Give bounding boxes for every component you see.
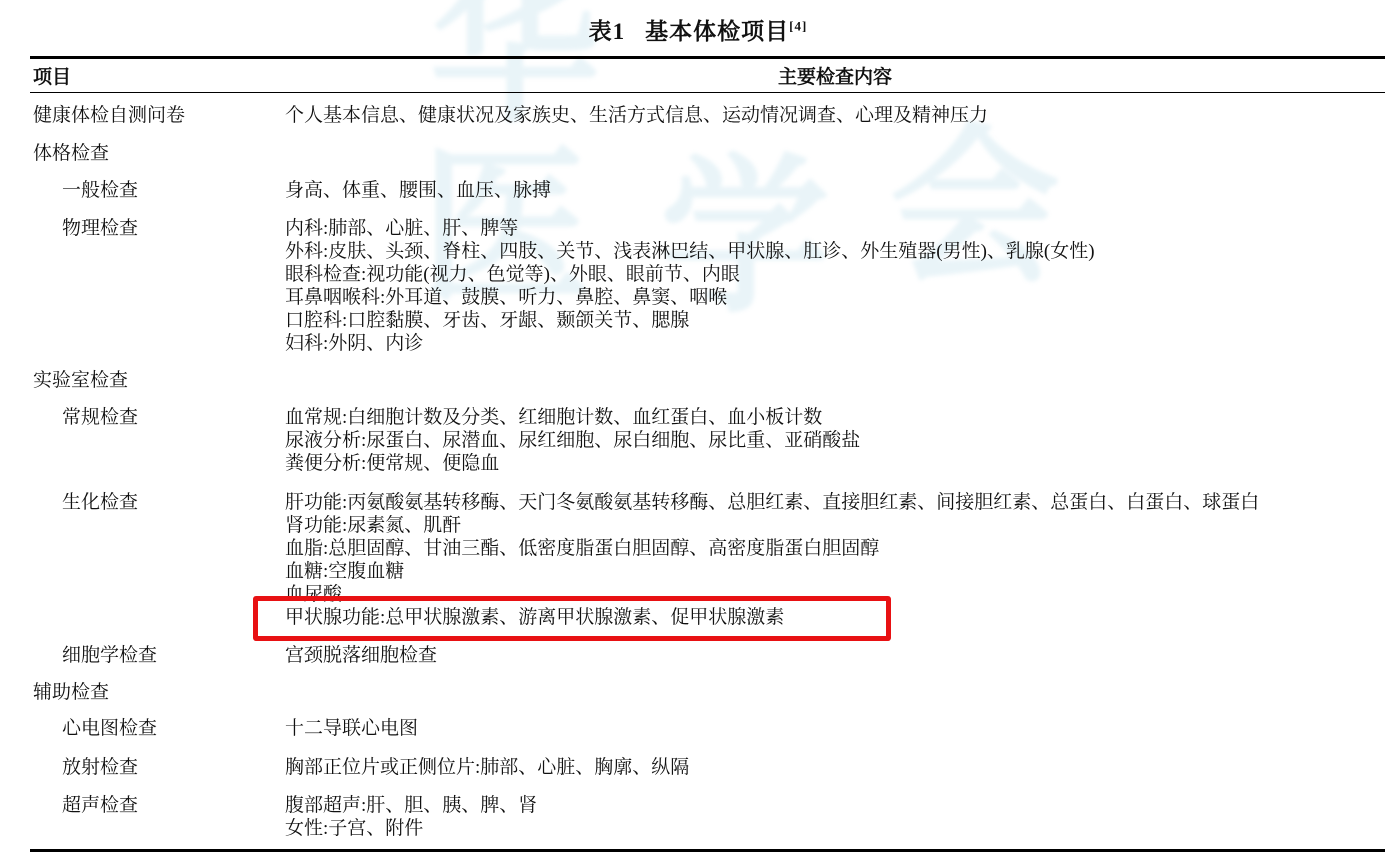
content-line: 十二导联心电图 <box>285 717 1385 740</box>
exam-table: 项目 主要检查内容 健康体检自测问卷 个人基本信息、健康状况及家族史、生活方式信… <box>30 56 1385 852</box>
content-line: 血脂:总胆固醇、甘油三酯、低密度脂蛋白胆固醇、高密度脂蛋白胆固醇 <box>285 537 1385 560</box>
table-title: 表1基本体检项目[4] <box>0 13 1396 46</box>
table-row: 放射检查 胸部正位片或正侧位片:肺部、心脏、胸廓、纵隔 <box>30 756 1385 779</box>
row-label: 生化检查 <box>30 491 285 514</box>
column-header-content: 主要检查内容 <box>285 62 1385 89</box>
content-line: 耳鼻咽喉科:外耳道、鼓膜、听力、鼻腔、鼻窦、咽喉 <box>285 286 1385 309</box>
table-number: 表1 <box>589 19 626 44</box>
table-row: 体格检查 <box>30 142 1385 165</box>
content-line: 血尿酸 <box>285 583 1385 606</box>
table-row: 健康体检自测问卷 个人基本信息、健康状况及家族史、生活方式信息、运动情况调查、心… <box>30 104 1385 127</box>
reference-superscript: [4] <box>789 18 807 33</box>
row-label: 实验室检查 <box>30 369 285 392</box>
row-content: 胸部正位片或正侧位片:肺部、心脏、胸廓、纵隔 <box>285 756 1385 779</box>
content-line: 眼科检查:视功能(视力、色觉等)、外眼、眼前节、内眼 <box>285 263 1385 286</box>
content-line: 口腔科:口腔黏膜、牙齿、牙龈、颞颌关节、腮腺 <box>285 309 1385 332</box>
table-row: 生化检查 肝功能:丙氨酸氨基转移酶、天门冬氨酸氨基转移酶、总胆红素、直接胆红素、… <box>30 491 1385 629</box>
content-line: 个人基本信息、健康状况及家族史、生活方式信息、运动情况调查、心理及精神压力 <box>285 104 1385 127</box>
table-header-row: 项目 主要检查内容 <box>30 59 1385 92</box>
content-line: 胸部正位片或正侧位片:肺部、心脏、胸廓、纵隔 <box>285 756 1385 779</box>
content-line: 女性:子宫、附件 <box>285 817 1385 840</box>
table-row: 常规检查 血常规:白细胞计数及分类、红细胞计数、血红蛋白、血小板计数尿液分析:尿… <box>30 406 1385 475</box>
row-label: 细胞学检查 <box>30 644 285 667</box>
table-row: 心电图检查 十二导联心电图 <box>30 717 1385 740</box>
table-title-text: 基本体检项目 <box>645 19 789 44</box>
content-line: 腹部超声:肝、胆、胰、脾、肾 <box>285 794 1385 817</box>
row-label: 体格检查 <box>30 142 285 165</box>
column-header-item: 项目 <box>30 62 285 89</box>
content-line: 肝功能:丙氨酸氨基转移酶、天门冬氨酸氨基转移酶、总胆红素、直接胆红素、间接胆红素… <box>285 491 1385 514</box>
content-line: 血常规:白细胞计数及分类、红细胞计数、血红蛋白、血小板计数 <box>285 406 1385 429</box>
row-label: 一般检查 <box>30 179 285 202</box>
content-line: 宫颈脱落细胞检查 <box>285 644 1385 667</box>
content-line: 肾功能:尿素氮、肌酐 <box>285 514 1385 537</box>
content-line: 妇科:外阴、内诊 <box>285 332 1385 355</box>
row-content: 身高、体重、腰围、血压、脉搏 <box>285 179 1385 202</box>
row-content: 内科:肺部、心脏、肝、脾等外科:皮肤、头颈、脊柱、四肢、关节、浅表淋巴结、甲状腺… <box>285 217 1385 355</box>
content-line: 血糖:空腹血糖 <box>285 560 1385 583</box>
row-label: 物理检查 <box>30 217 285 240</box>
content-line: 甲状腺功能:总甲状腺激素、游离甲状腺激素、促甲状腺激素 <box>285 606 1385 629</box>
row-content: 个人基本信息、健康状况及家族史、生活方式信息、运动情况调查、心理及精神压力 <box>285 104 1385 127</box>
row-label: 放射检查 <box>30 756 285 779</box>
table-body: 健康体检自测问卷 个人基本信息、健康状况及家族史、生活方式信息、运动情况调查、心… <box>30 93 1385 849</box>
table-row: 辅助检查 <box>30 681 1385 704</box>
row-content: 宫颈脱落细胞检查 <box>285 644 1385 667</box>
document-page: 医 学 会 华 表1基本体检项目[4] 项目 主要检查内容 健康体检自测问卷 个… <box>0 0 1396 862</box>
content-line: 内科:肺部、心脏、肝、脾等 <box>285 217 1385 240</box>
content-line: 外科:皮肤、头颈、脊柱、四肢、关节、浅表淋巴结、甲状腺、肛诊、外生殖器(男性)、… <box>285 240 1385 263</box>
table-row: 实验室检查 <box>30 369 1385 392</box>
row-content: 十二导联心电图 <box>285 717 1385 740</box>
content-line: 身高、体重、腰围、血压、脉搏 <box>285 179 1385 202</box>
table-bottom-rule <box>30 849 1385 852</box>
row-label: 超声检查 <box>30 794 285 817</box>
row-label: 心电图检查 <box>30 717 285 740</box>
row-content: 血常规:白细胞计数及分类、红细胞计数、血红蛋白、血小板计数尿液分析:尿蛋白、尿潜… <box>285 406 1385 475</box>
table-row: 一般检查 身高、体重、腰围、血压、脉搏 <box>30 179 1385 202</box>
table-row: 细胞学检查 宫颈脱落细胞检查 <box>30 644 1385 667</box>
content-line: 粪便分析:便常规、便隐血 <box>285 452 1385 475</box>
table-row: 物理检查 内科:肺部、心脏、肝、脾等外科:皮肤、头颈、脊柱、四肢、关节、浅表淋巴… <box>30 217 1385 355</box>
row-label: 辅助检查 <box>30 681 285 704</box>
row-content: 腹部超声:肝、胆、胰、脾、肾女性:子宫、附件 <box>285 794 1385 840</box>
row-label: 常规检查 <box>30 406 285 429</box>
content-line: 尿液分析:尿蛋白、尿潜血、尿红细胞、尿白细胞、尿比重、亚硝酸盐 <box>285 429 1385 452</box>
row-content: 肝功能:丙氨酸氨基转移酶、天门冬氨酸氨基转移酶、总胆红素、直接胆红素、间接胆红素… <box>285 491 1385 629</box>
table-row: 超声检查 腹部超声:肝、胆、胰、脾、肾女性:子宫、附件 <box>30 794 1385 840</box>
row-label: 健康体检自测问卷 <box>30 104 285 127</box>
